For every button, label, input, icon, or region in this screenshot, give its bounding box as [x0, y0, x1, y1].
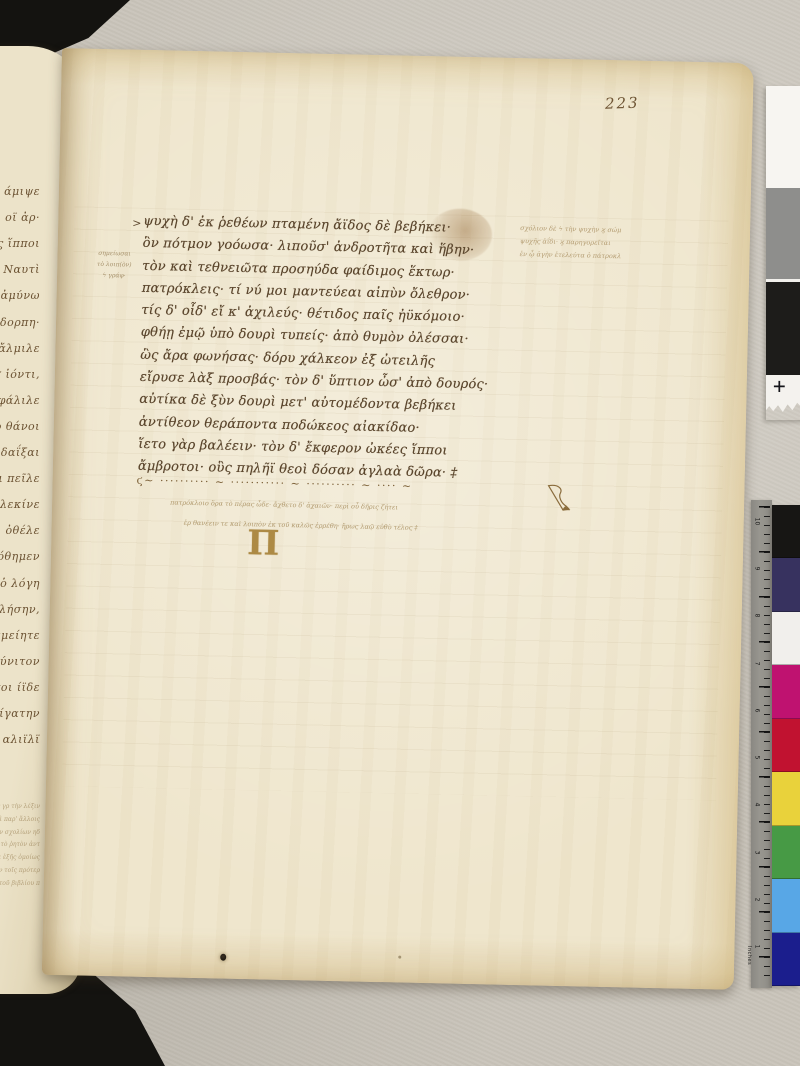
grayscale-card-torn-tail: +	[766, 375, 800, 417]
color-patch-magenta	[772, 665, 800, 718]
color-calibration-card	[772, 505, 800, 986]
parchment-speck	[398, 956, 401, 959]
faint-scholion-line: ζήτει τὸ ῥητὸν ἀντ	[0, 841, 40, 848]
color-patch-green	[772, 826, 800, 879]
ruler: 10987654321 Inches	[751, 500, 772, 988]
left-margin-note-line: τὸ λοιπ(ὸν)	[91, 259, 137, 271]
margin-quotation-mark: >	[132, 217, 142, 230]
facing-page-line-fragment: ρμάτοι ίϊδε	[0, 681, 40, 694]
faint-scholion-line: τινὲς γρ τὴν λέξιν	[0, 803, 40, 810]
color-patch-sky-blue	[772, 879, 800, 932]
faint-scholion-line: ὡς καὶ παρ' ἄλλοις	[0, 816, 40, 823]
facing-page-line-fragment: αφθορι πεῖλε	[0, 472, 40, 485]
facing-page-line-fragment: οθὲν ἀμύνω	[0, 289, 40, 302]
faint-scholion-line: ὡς ἐν τοῖς πρότερ	[0, 867, 40, 874]
wormhole	[220, 954, 226, 961]
facing-page-line-fragment: ατίν χθ' ὁ λόγη	[0, 577, 40, 590]
color-patch-dark-blue	[772, 933, 800, 986]
color-patch-black	[772, 505, 800, 558]
register-cross-icon: +	[773, 374, 786, 398]
facing-page-line-fragment: χοῖ Ναυτὶ	[0, 263, 40, 276]
facing-page-line-fragment: δουρὶ δαμείητε	[0, 629, 40, 642]
grayscale-patch-white	[766, 86, 800, 188]
ruler-number: 10	[753, 518, 760, 526]
ruler-number: 3	[753, 850, 760, 854]
facing-page-line-fragment: ωρ δαΐξαι	[0, 446, 40, 459]
facing-page-line-fragment: α ϊεφάλιλε	[0, 394, 40, 407]
ruler-number: 5	[753, 756, 760, 760]
facing-page-line-fragment: ν, οἱ μόθημεν	[0, 550, 40, 563]
facing-page-line-fragment: εθὸς ἵπποι	[0, 237, 40, 250]
facing-page-line-fragment: ντρο λελεκίνε	[0, 498, 40, 511]
color-patch-red	[772, 719, 800, 772]
ruler-number: 9	[753, 567, 760, 571]
ruler-number: 6	[753, 708, 760, 712]
ruler-number: 1	[753, 945, 760, 949]
ruler-unit-label: Inches	[746, 946, 752, 965]
facing-page-line-fragment: φοσσύνιτον	[0, 655, 40, 668]
ruler-number: 7	[753, 661, 760, 665]
faint-scholion-line: ἀπὸ τοῦ βιβλίου π	[0, 880, 40, 887]
grayscale-calibration-card: +	[766, 86, 800, 420]
left-margin-note: σημείωσαιτὸ λοιπ(ὸν)ϟ γράφ·	[91, 248, 138, 282]
book-initial-pi: Π	[247, 526, 280, 561]
grayscale-patch-black	[766, 282, 800, 375]
facing-page-line-fragment: ϛ ὁδορπη·	[0, 316, 40, 329]
color-patch-navy	[772, 558, 800, 611]
facing-page-line-fragment: τοπ' ἀϊ αλιϊλϊ	[0, 733, 40, 746]
facing-page-line-fragment: γαθ' ὀθέλε	[0, 524, 40, 537]
facing-page-line-fragment: λϛ ἰόντι,	[0, 368, 40, 381]
ruler-numbers: 10987654321	[751, 518, 763, 950]
facing-page-text-fragments: ῖ μαρ άμιψεοϊ ἀρ·εθὸς ἵπποιχοῖ Ναυτὶοθὲν…	[0, 46, 48, 994]
folio-number: 223	[605, 94, 640, 113]
facing-page-line-fragment: σ ἄνδρο θάνοι	[0, 420, 40, 433]
manuscript-page: 223 > σημείωσαιτὸ λοιπ(ὸν)ϟ γράφ· σχόλιο…	[42, 48, 754, 990]
facing-page-line-fragment: Η σϝ' ἄλμιλε	[0, 342, 40, 355]
ruler-number: 8	[753, 614, 760, 618]
ruler-number: 2	[753, 897, 760, 901]
grayscale-patch-gray	[766, 188, 800, 282]
facing-page-line-fragment: πτύο λλήσην,	[0, 603, 40, 616]
color-patch-yellow	[772, 772, 800, 825]
faint-scholion-line: καὶ τὰ ἑξῆς ὁμοίως	[0, 854, 40, 861]
facing-page-line-fragment: ῖ μαρ άμιψε	[0, 185, 40, 198]
color-patch-white	[772, 612, 800, 665]
facing-page-line-fragment: οϊ ἀρ·	[5, 211, 40, 224]
book-subscription: πατρόκλοιο ὅρα τὸ πέρας ὧδε· ἄχθετο δ' ἀ…	[169, 492, 570, 541]
facing-page-line-fragment: μοίρα λίγατην	[0, 707, 40, 720]
main-text-block: ψυχὴ δ' ἐκ ῥεθέων πταμένη ἄϊδος δὲ βεβήκ…	[138, 211, 546, 487]
ruler-number: 4	[753, 803, 760, 807]
faint-scholion-line: ἐκ τῶν σχολίων ηδ	[0, 829, 40, 836]
photo-background: ῖ μαρ άμιψεοϊ ἀρ·εθὸς ἵπποιχοῖ Ναυτὶοθὲν…	[0, 0, 800, 1066]
left-margin-note-line: ϟ γράφ·	[91, 270, 137, 282]
